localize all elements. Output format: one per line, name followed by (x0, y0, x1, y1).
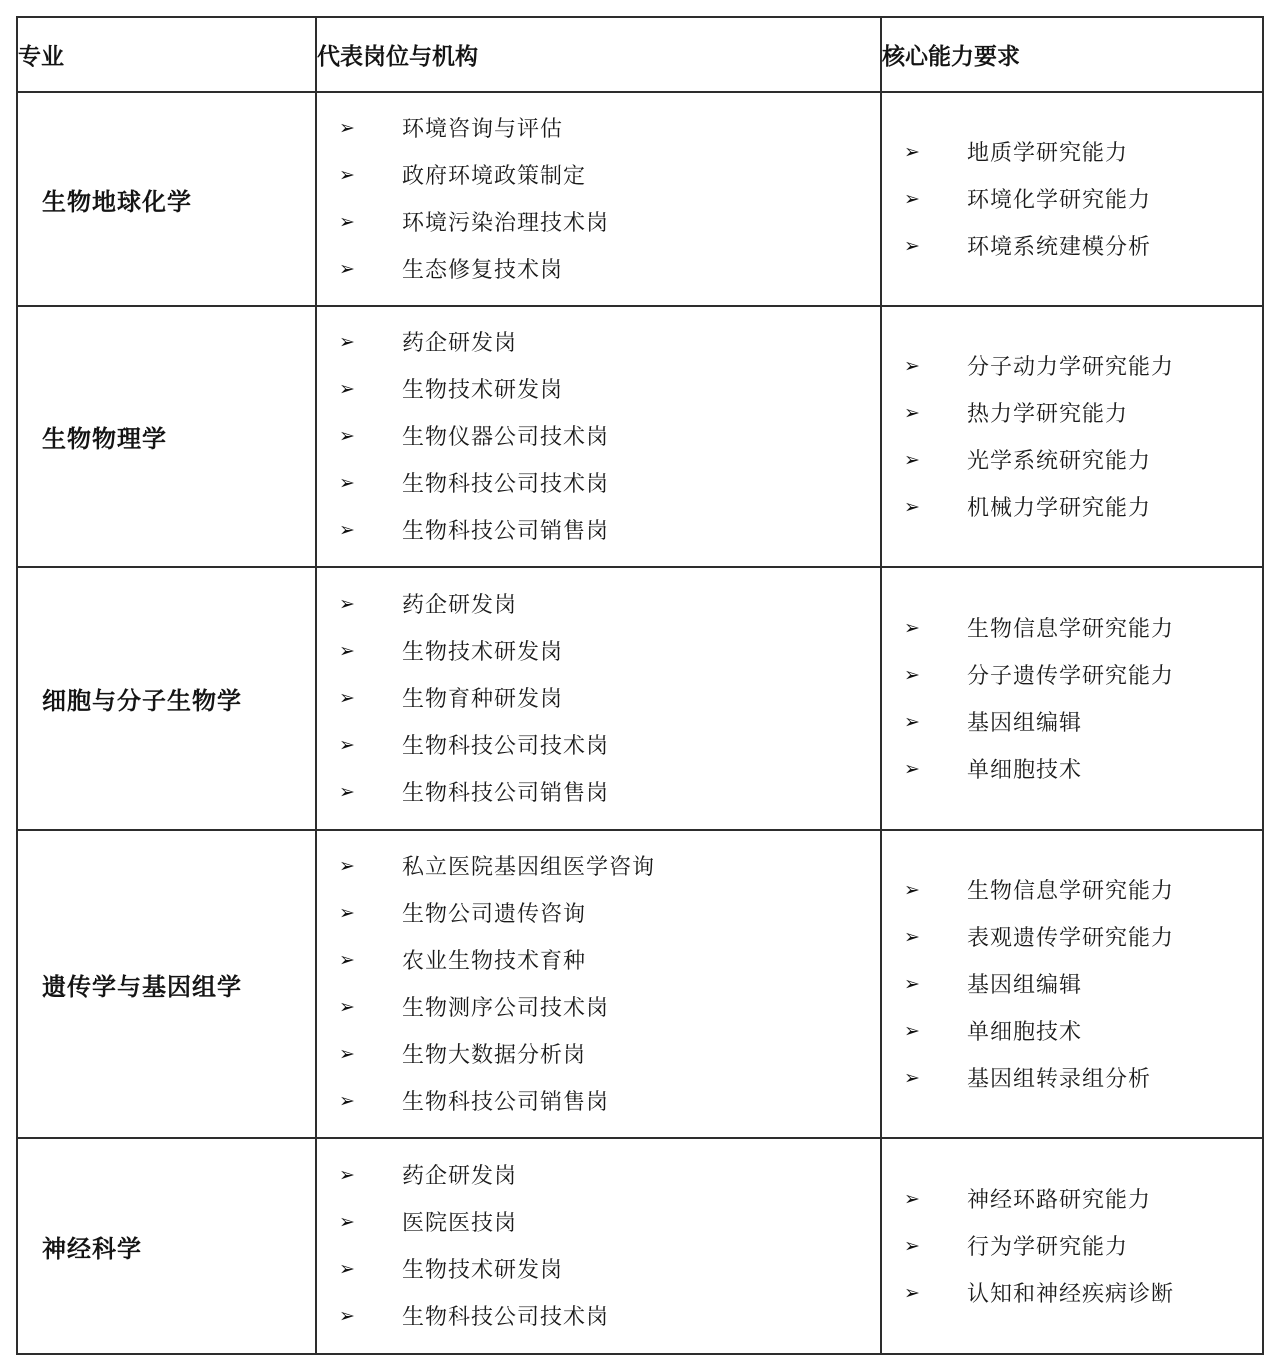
arrow-bullet-icon: ➢ (339, 1246, 402, 1293)
table-row: 遗传学与基因组学➢私立医院基因组医学咨询➢生物公司遗传咨询➢农业生物技术育种➢生… (17, 830, 1263, 1138)
arrow-bullet-icon: ➢ (339, 319, 402, 366)
position-item-label: 医院医技岗 (402, 1199, 517, 1246)
position-item-label: 生物技术研发岗 (402, 1246, 563, 1293)
arrow-bullet-icon: ➢ (904, 1223, 967, 1270)
position-item: ➢生物公司遗传咨询 (317, 890, 880, 937)
capability-item-label: 生物信息学研究能力 (967, 605, 1174, 652)
position-item: ➢环境污染治理技术岗 (317, 199, 880, 246)
arrow-bullet-icon: ➢ (339, 890, 402, 937)
arrow-bullet-icon: ➢ (904, 390, 967, 437)
position-item-label: 生物育种研发岗 (402, 675, 563, 722)
position-item: ➢政府环境政策制定 (317, 152, 880, 199)
capability-item: ➢机械力学研究能力 (882, 484, 1262, 531)
position-item: ➢生物科技公司技术岗 (317, 722, 880, 769)
positions-list: ➢环境咨询与评估➢政府环境政策制定➢环境污染治理技术岗➢生态修复技术岗 (317, 93, 880, 305)
arrow-bullet-icon: ➢ (904, 484, 967, 531)
position-item: ➢生物科技公司销售岗 (317, 769, 880, 816)
capabilities-list: ➢生物信息学研究能力➢表观遗传学研究能力➢基因组编辑➢单细胞技术➢基因组转录组分… (882, 855, 1262, 1114)
capability-item: ➢分子动力学研究能力 (882, 343, 1262, 390)
position-item-label: 环境污染治理技术岗 (402, 199, 609, 246)
arrow-bullet-icon: ➢ (904, 652, 967, 699)
major-label: 生物地球化学 (42, 190, 192, 216)
arrow-bullet-icon: ➢ (904, 129, 967, 176)
position-item-label: 生物科技公司销售岗 (402, 1078, 609, 1125)
capability-item: ➢基因组转录组分析 (882, 1055, 1262, 1102)
major-cell: 遗传学与基因组学 (17, 830, 316, 1138)
positions-list: ➢私立医院基因组医学咨询➢生物公司遗传咨询➢农业生物技术育种➢生物测序公司技术岗… (317, 831, 880, 1137)
major-label: 细胞与分子生物学 (42, 689, 242, 715)
major-label: 遗传学与基因组学 (42, 975, 242, 1001)
arrow-bullet-icon: ➢ (339, 843, 402, 890)
capability-item: ➢分子遗传学研究能力 (882, 652, 1262, 699)
arrow-bullet-icon: ➢ (339, 1152, 402, 1199)
position-item-label: 生物大数据分析岗 (402, 1031, 586, 1078)
positions-cell: ➢药企研发岗➢生物技术研发岗➢生物仪器公司技术岗➢生物科技公司技术岗➢生物科技公… (316, 306, 881, 567)
cropped-next-line-fragment (328, 1358, 440, 1362)
table-row: 细胞与分子生物学➢药企研发岗➢生物技术研发岗➢生物育种研发岗➢生物科技公司技术岗… (17, 567, 1263, 830)
capabilities-list: ➢生物信息学研究能力➢分子遗传学研究能力➢基因组编辑➢单细胞技术 (882, 593, 1262, 805)
arrow-bullet-icon: ➢ (339, 675, 402, 722)
capability-item-label: 地质学研究能力 (967, 129, 1128, 176)
table-header-row: 专业 代表岗位与机构 核心能力要求 (17, 17, 1263, 92)
position-item: ➢生物科技公司销售岗 (317, 507, 880, 554)
capability-item-label: 环境化学研究能力 (967, 176, 1151, 223)
capability-item-label: 生物信息学研究能力 (967, 867, 1174, 914)
position-item-label: 生物科技公司技术岗 (402, 722, 609, 769)
positions-cell: ➢药企研发岗➢医院医技岗➢生物技术研发岗➢生物科技公司技术岗 (316, 1138, 881, 1354)
capability-item-label: 分子遗传学研究能力 (967, 652, 1174, 699)
arrow-bullet-icon: ➢ (339, 628, 402, 675)
table-body: 生物地球化学➢环境咨询与评估➢政府环境政策制定➢环境污染治理技术岗➢生态修复技术… (17, 92, 1263, 1354)
position-item: ➢生物仪器公司技术岗 (317, 413, 880, 460)
position-item-label: 生物科技公司技术岗 (402, 1293, 609, 1340)
capability-item: ➢生物信息学研究能力 (882, 867, 1262, 914)
positions-cell: ➢环境咨询与评估➢政府环境政策制定➢环境污染治理技术岗➢生态修复技术岗 (316, 92, 881, 306)
capability-item: ➢认知和神经疾病诊断 (882, 1270, 1262, 1317)
capability-item-label: 环境系统建模分析 (967, 223, 1151, 270)
capability-item-label: 表观遗传学研究能力 (967, 914, 1174, 961)
arrow-bullet-icon: ➢ (339, 581, 402, 628)
capability-item-label: 认知和神经疾病诊断 (967, 1270, 1174, 1317)
arrow-bullet-icon: ➢ (904, 223, 967, 270)
positions-list: ➢药企研发岗➢生物技术研发岗➢生物仪器公司技术岗➢生物科技公司技术岗➢生物科技公… (317, 307, 880, 566)
major-cell: 神经科学 (17, 1138, 316, 1354)
position-item: ➢药企研发岗 (317, 581, 880, 628)
position-item-label: 药企研发岗 (402, 581, 517, 628)
arrow-bullet-icon: ➢ (339, 152, 402, 199)
arrow-bullet-icon: ➢ (904, 343, 967, 390)
position-item-label: 药企研发岗 (402, 1152, 517, 1199)
capabilities-cell: ➢生物信息学研究能力➢分子遗传学研究能力➢基因组编辑➢单细胞技术 (881, 567, 1263, 830)
arrow-bullet-icon: ➢ (904, 746, 967, 793)
position-item: ➢生态修复技术岗 (317, 246, 880, 293)
position-item: ➢生物科技公司技术岗 (317, 1293, 880, 1340)
capability-item: ➢地质学研究能力 (882, 129, 1262, 176)
capability-item-label: 热力学研究能力 (967, 390, 1128, 437)
arrow-bullet-icon: ➢ (339, 984, 402, 1031)
capabilities-list: ➢地质学研究能力➢环境化学研究能力➢环境系统建模分析 (882, 117, 1262, 282)
arrow-bullet-icon: ➢ (339, 413, 402, 460)
positions-list: ➢药企研发岗➢医院医技岗➢生物技术研发岗➢生物科技公司技术岗 (317, 1140, 880, 1352)
capability-item: ➢单细胞技术 (882, 746, 1262, 793)
capability-item: ➢基因组编辑 (882, 699, 1262, 746)
position-item-label: 私立医院基因组医学咨询 (402, 843, 655, 890)
capability-item: ➢表观遗传学研究能力 (882, 914, 1262, 961)
arrow-bullet-icon: ➢ (904, 699, 967, 746)
arrow-bullet-icon: ➢ (339, 366, 402, 413)
arrow-bullet-icon: ➢ (904, 1055, 967, 1102)
position-item-label: 生物科技公司销售岗 (402, 769, 609, 816)
capability-item: ➢神经环路研究能力 (882, 1176, 1262, 1223)
arrow-bullet-icon: ➢ (339, 1078, 402, 1125)
capability-item: ➢生物信息学研究能力 (882, 605, 1262, 652)
position-item: ➢生物育种研发岗 (317, 675, 880, 722)
position-item: ➢生物技术研发岗 (317, 628, 880, 675)
position-item: ➢农业生物技术育种 (317, 937, 880, 984)
arrow-bullet-icon: ➢ (339, 105, 402, 152)
arrow-bullet-icon: ➢ (339, 246, 402, 293)
arrow-bullet-icon: ➢ (339, 460, 402, 507)
arrow-bullet-icon: ➢ (339, 199, 402, 246)
arrow-bullet-icon: ➢ (339, 1293, 402, 1340)
positions-list: ➢药企研发岗➢生物技术研发岗➢生物育种研发岗➢生物科技公司技术岗➢生物科技公司销… (317, 569, 880, 828)
position-item: ➢药企研发岗 (317, 1152, 880, 1199)
column-header-positions: 代表岗位与机构 (316, 17, 881, 92)
position-item-label: 药企研发岗 (402, 319, 517, 366)
major-cell: 生物物理学 (17, 306, 316, 567)
arrow-bullet-icon: ➢ (904, 437, 967, 484)
capability-item-label: 神经环路研究能力 (967, 1176, 1151, 1223)
position-item-label: 政府环境政策制定 (402, 152, 586, 199)
capability-item-label: 行为学研究能力 (967, 1223, 1128, 1270)
position-item: ➢生物科技公司技术岗 (317, 460, 880, 507)
capability-item-label: 基因组编辑 (967, 699, 1082, 746)
position-item-label: 环境咨询与评估 (402, 105, 563, 152)
capability-item-label: 分子动力学研究能力 (967, 343, 1174, 390)
capability-item-label: 基因组编辑 (967, 961, 1082, 1008)
position-item: ➢生物技术研发岗 (317, 1246, 880, 1293)
capability-item-label: 机械力学研究能力 (967, 484, 1151, 531)
capabilities-cell: ➢地质学研究能力➢环境化学研究能力➢环境系统建模分析 (881, 92, 1263, 306)
arrow-bullet-icon: ➢ (339, 1199, 402, 1246)
arrow-bullet-icon: ➢ (904, 914, 967, 961)
position-item: ➢私立医院基因组医学咨询 (317, 843, 880, 890)
arrow-bullet-icon: ➢ (339, 507, 402, 554)
capability-item: ➢环境系统建模分析 (882, 223, 1262, 270)
position-item-label: 生物技术研发岗 (402, 628, 563, 675)
position-item-label: 农业生物技术育种 (402, 937, 586, 984)
arrow-bullet-icon: ➢ (904, 961, 967, 1008)
arrow-bullet-icon: ➢ (339, 769, 402, 816)
capability-item-label: 单细胞技术 (967, 746, 1082, 793)
positions-cell: ➢药企研发岗➢生物技术研发岗➢生物育种研发岗➢生物科技公司技术岗➢生物科技公司销… (316, 567, 881, 830)
arrow-bullet-icon: ➢ (339, 1031, 402, 1078)
position-item-label: 生物科技公司销售岗 (402, 507, 609, 554)
position-item: ➢环境咨询与评估 (317, 105, 880, 152)
position-item: ➢药企研发岗 (317, 319, 880, 366)
position-item-label: 生物测序公司技术岗 (402, 984, 609, 1031)
position-item-label: 生态修复技术岗 (402, 246, 563, 293)
position-item: ➢生物科技公司销售岗 (317, 1078, 880, 1125)
position-item: ➢生物测序公司技术岗 (317, 984, 880, 1031)
capabilities-cell: ➢分子动力学研究能力➢热力学研究能力➢光学系统研究能力➢机械力学研究能力 (881, 306, 1263, 567)
capability-item: ➢单细胞技术 (882, 1008, 1262, 1055)
capability-item-label: 单细胞技术 (967, 1008, 1082, 1055)
major-label: 神经科学 (42, 1237, 142, 1263)
capabilities-list: ➢分子动力学研究能力➢热力学研究能力➢光学系统研究能力➢机械力学研究能力 (882, 331, 1262, 543)
capability-item-label: 光学系统研究能力 (967, 437, 1151, 484)
position-item-label: 生物仪器公司技术岗 (402, 413, 609, 460)
positions-cell: ➢私立医院基因组医学咨询➢生物公司遗传咨询➢农业生物技术育种➢生物测序公司技术岗… (316, 830, 881, 1138)
capability-item: ➢光学系统研究能力 (882, 437, 1262, 484)
major-cell: 细胞与分子生物学 (17, 567, 316, 830)
table-row: 神经科学➢药企研发岗➢医院医技岗➢生物技术研发岗➢生物科技公司技术岗➢神经环路研… (17, 1138, 1263, 1354)
arrow-bullet-icon: ➢ (904, 1008, 967, 1055)
capabilities-cell: ➢生物信息学研究能力➢表观遗传学研究能力➢基因组编辑➢单细胞技术➢基因组转录组分… (881, 830, 1263, 1138)
position-item: ➢医院医技岗 (317, 1199, 880, 1246)
capability-item: ➢行为学研究能力 (882, 1223, 1262, 1270)
column-header-capabilities: 核心能力要求 (881, 17, 1263, 92)
arrow-bullet-icon: ➢ (904, 1176, 967, 1223)
majors-careers-table: 专业 代表岗位与机构 核心能力要求 生物地球化学➢环境咨询与评估➢政府环境政策制… (16, 16, 1264, 1355)
arrow-bullet-icon: ➢ (904, 176, 967, 223)
capability-item: ➢热力学研究能力 (882, 390, 1262, 437)
position-item-label: 生物科技公司技术岗 (402, 460, 609, 507)
arrow-bullet-icon: ➢ (904, 1270, 967, 1317)
document-page: 专业 代表岗位与机构 核心能力要求 生物地球化学➢环境咨询与评估➢政府环境政策制… (0, 0, 1280, 1368)
arrow-bullet-icon: ➢ (904, 605, 967, 652)
arrow-bullet-icon: ➢ (904, 867, 967, 914)
position-item: ➢生物大数据分析岗 (317, 1031, 880, 1078)
major-label: 生物物理学 (42, 427, 167, 453)
capabilities-list: ➢神经环路研究能力➢行为学研究能力➢认知和神经疾病诊断 (882, 1164, 1262, 1329)
capabilities-cell: ➢神经环路研究能力➢行为学研究能力➢认知和神经疾病诊断 (881, 1138, 1263, 1354)
position-item-label: 生物技术研发岗 (402, 366, 563, 413)
capability-item: ➢环境化学研究能力 (882, 176, 1262, 223)
major-cell: 生物地球化学 (17, 92, 316, 306)
arrow-bullet-icon: ➢ (339, 722, 402, 769)
capability-item-label: 基因组转录组分析 (967, 1055, 1151, 1102)
position-item: ➢生物技术研发岗 (317, 366, 880, 413)
table-row: 生物地球化学➢环境咨询与评估➢政府环境政策制定➢环境污染治理技术岗➢生态修复技术… (17, 92, 1263, 306)
capability-item: ➢基因组编辑 (882, 961, 1262, 1008)
arrow-bullet-icon: ➢ (339, 937, 402, 984)
position-item-label: 生物公司遗传咨询 (402, 890, 586, 937)
table-row: 生物物理学➢药企研发岗➢生物技术研发岗➢生物仪器公司技术岗➢生物科技公司技术岗➢… (17, 306, 1263, 567)
column-header-major: 专业 (17, 17, 316, 92)
